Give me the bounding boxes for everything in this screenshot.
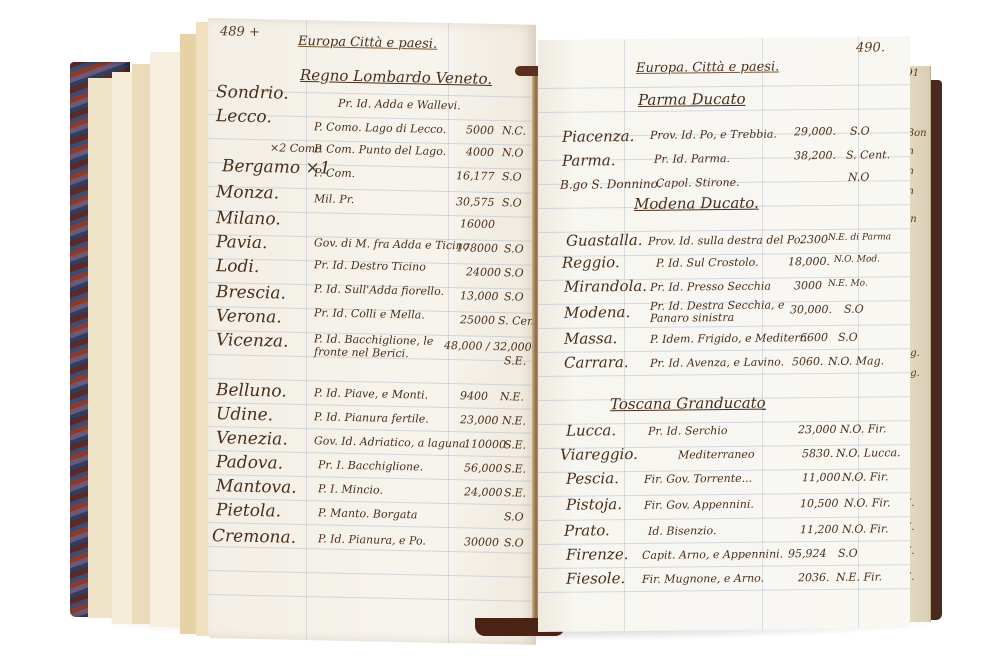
place-name: Udine. <box>216 404 273 425</box>
place-description: Capol. Stirone. <box>656 176 740 190</box>
place-name: Fiesole. <box>566 569 625 588</box>
entry-row: Pescia. Fir. Gov. Torrente... 11,000 N.O… <box>538 36 910 40</box>
direction: N.E. <box>500 390 524 404</box>
population: 30,000. <box>790 303 832 316</box>
entry-row: Fiesole. Fir. Mugnone, e Arno. 2036. N.E… <box>538 36 910 40</box>
population: 9400 <box>460 389 488 403</box>
population: 24000 <box>466 265 501 279</box>
place-name: Pistoja. <box>566 495 622 514</box>
entry-row: Carrara. Pr. Id. Avenza, e Lavino. 5060.… <box>538 36 910 40</box>
entry-row: Pavia. Pr. Id. Destro Ticino 178000 S.O <box>208 18 536 25</box>
place-description: P. Id. Sul Crostolo. <box>656 256 759 270</box>
entry-row: Padova. Pr. I. Bacchiglione. 56,000 S.E. <box>208 18 536 25</box>
place-name: Lecco. <box>216 106 272 127</box>
place-name: Guastalla. <box>566 231 643 250</box>
place-description: Pr. Id. Adda e Wallevi. <box>338 97 461 113</box>
place-name: Mirandola. <box>564 277 647 296</box>
section-title: Toscana Granducato <box>610 394 766 414</box>
place-name: Milano. <box>216 208 281 229</box>
direction: N.C. <box>502 124 526 138</box>
population: 38,200. <box>794 149 836 162</box>
entry-row: Firenze. Capit. Arno, e Appennini. 95,92… <box>538 36 910 40</box>
place-description: P. Id. Piave, e Monti. <box>314 386 428 401</box>
entry-row: Milano. Gov. di M. fra Adda e Ticino 160… <box>208 18 536 25</box>
place-description: Gov. di M. fra Adda e Ticino <box>314 236 469 252</box>
place-description: Pr. Id. Serchio <box>648 424 728 438</box>
population: 23,000 <box>460 413 499 427</box>
place-name: Verona. <box>216 306 282 327</box>
page-number: 489 + <box>220 24 260 40</box>
entry-row: Viareggio. Mediterraneo 5830. N.O. Lucca… <box>538 36 910 40</box>
direction: N.E. di Parma <box>828 232 891 243</box>
direction: S.O <box>504 266 524 279</box>
entry-row: Reggio. P. Id. Sul Crostolo. 18,000. N.O… <box>538 36 910 40</box>
entry-row: Venezia. Gov. Id. Adriatico, a laguna. 1… <box>208 18 536 25</box>
population: 16000 <box>460 217 495 231</box>
population: 5000 <box>466 123 494 137</box>
place-description: Id. Bisenzio. <box>648 524 716 538</box>
population: 16,177 <box>456 169 495 183</box>
direction: S.O <box>502 170 522 183</box>
place-description: P. Id. Bacchiglione, le fronte nel Beric… <box>314 332 454 361</box>
direction: N.O <box>848 171 869 184</box>
population: 2036. <box>798 571 830 584</box>
population: 24,000 <box>464 485 503 499</box>
population: 18,000. <box>788 255 830 268</box>
direction: N.O <box>502 146 523 159</box>
direction: S.O <box>838 547 858 560</box>
left-page: 489 + Europa Città e paesi. Regno Lombar… <box>208 18 536 645</box>
place-name: B.go S. Donnino. <box>560 177 661 192</box>
place-name: Pavia. <box>216 232 267 253</box>
direction: N.O. Lucca. <box>836 446 901 460</box>
place-description: P. Como. Lago di Lecco. <box>314 120 446 136</box>
entry-row: Cremona. P. Id. Pianura, e Po. 30000 S.O <box>208 18 536 25</box>
place-description: P. Com. Punto del Lago. <box>314 142 446 158</box>
direction: N.O. Fir. <box>842 522 888 535</box>
population: 30000 <box>464 535 499 549</box>
section-title: Parma Ducato <box>638 90 746 109</box>
place-description: P. Id. Pianura fertile. <box>314 410 429 425</box>
entry-row: Verona. 25000 S. Cent. <box>208 18 536 25</box>
direction: S.O <box>502 196 522 209</box>
entry-row: B.go S. Donnino. Capol. Stirone. N.O <box>538 36 910 40</box>
page-number: 490. <box>856 40 885 55</box>
entry-row: Bergamo ×1 P. Com. 16,177 S.O <box>208 18 536 25</box>
place-name: Carrara. <box>564 353 629 372</box>
entry-row: ×2 Como P. Com. Punto del Lago. 4000 N.O <box>208 18 536 25</box>
place-description: P. Id. Pianura, e Po. <box>318 532 426 547</box>
entry-row: Lecco. P. Como. Lago di Lecco. 5000 N.C. <box>208 18 536 25</box>
population: 11,000 <box>802 471 841 484</box>
population: 25000 <box>460 313 495 327</box>
place-name: Lodi. <box>216 256 259 277</box>
place-name: Monza. <box>216 182 279 203</box>
place-description: Pr. Id. Presso Secchia <box>650 280 771 294</box>
direction: S.E. <box>504 486 526 499</box>
place-description: Prov. Id. sulla destra del Po. <box>648 233 804 248</box>
place-name: Modena. <box>564 303 630 322</box>
place-description: Mil. Pr. <box>314 192 354 206</box>
place-description: P. Com. <box>314 166 355 180</box>
page-header: Europa Città e paesi. <box>298 34 437 52</box>
direction: N.O. Fir. <box>844 496 890 509</box>
entry-row: Piacenza. Prov. Id. Po, e Trebbia. 29,00… <box>538 36 910 40</box>
direction: S. Cent. <box>846 148 890 161</box>
direction: N.E. Fir. <box>836 570 882 583</box>
population: 56,000 <box>464 461 503 475</box>
place-description: Pr. Id. Destra Secchia, e Panaro sinistr… <box>650 299 800 325</box>
direction: N.E. Mo. <box>828 279 868 289</box>
direction: S.E. <box>504 354 526 367</box>
direction: S.O <box>850 125 870 138</box>
population: 48,000 / 32,000 <box>444 339 532 354</box>
place-description: P. Idem. Frigido, e Mediterr. <box>650 331 807 346</box>
entry-row: Pietola. P. Manto. Borgata S.O <box>208 18 536 25</box>
section-title: Regno Lombardo Veneto. <box>300 66 492 88</box>
entry-row: Belluno. P. Id. Piave, e Monti. 9400 N.E… <box>208 18 536 25</box>
place-description: Fir. Gov. Appennini. <box>644 498 754 512</box>
place-description: Gov. Id. Adriatico, a laguna. <box>314 434 469 450</box>
place-description: P. I. Mincio. <box>318 482 383 496</box>
place-name: Vicenza. <box>216 330 288 352</box>
population: 178000 <box>456 241 498 255</box>
direction: S.E. <box>504 462 526 475</box>
place-name: Prato. <box>564 521 610 539</box>
population: 11,200 <box>800 523 839 536</box>
place-description: Pr. Id. Avenza, e Lavino. <box>650 355 784 369</box>
place-name: Padova. <box>216 452 283 473</box>
entry-row: Monza. Mil. Pr. 30,575 S.O <box>208 18 536 25</box>
entry-row: Mantova. P. I. Mincio. 24,000 S.E. <box>208 18 536 25</box>
place-name: Reggio. <box>562 253 620 272</box>
population: 6600 <box>800 331 828 344</box>
direction: N.E. <box>502 414 526 428</box>
place-name: Pietola. <box>216 500 281 521</box>
place-name: Massa. <box>564 329 617 348</box>
entry-row: Massa. P. Idem. Frigido, e Mediterr. 660… <box>538 36 910 40</box>
place-name: Cremona. <box>212 526 296 548</box>
place-name: Firenze. <box>566 545 628 564</box>
page-header: Europa. Città e paesi. <box>636 59 779 76</box>
entry-row: Lodi. P. Id. Sull'Adda fiorello. 24000 S… <box>208 18 536 25</box>
direction: S.O <box>504 290 524 303</box>
entry-row: Lucca. Pr. Id. Serchio 23,000 N.O. Fir. <box>538 36 910 40</box>
place-description: Prov. Id. Po, e Trebbia. <box>650 127 777 141</box>
entry-row: Parma. Pr. Id. Parma. 38,200. S. Cent. <box>538 36 910 40</box>
place-name: Sondrio. <box>216 82 289 104</box>
section-title: Modena Ducato. <box>634 194 759 213</box>
direction: N.O. Mod. <box>834 254 880 264</box>
place-description: Capit. Arno, e Appennini. <box>642 547 783 561</box>
place-name: Viareggio. <box>560 445 638 464</box>
place-description: P. Manto. Borgata <box>318 506 417 521</box>
direction: N.O. Fir. <box>842 470 888 483</box>
direction: N.O. Fir. <box>840 422 886 435</box>
place-description: Fir. Mugnone, e Arno. <box>642 572 764 586</box>
population: 30,575 <box>456 195 495 209</box>
population: 95,924 <box>788 547 827 560</box>
direction: S.O <box>504 242 524 255</box>
place-description: P. Id. Sull'Adda fiorello. <box>314 282 444 298</box>
population: 29,000. <box>794 125 836 138</box>
right-page: 490. Europa. Città e paesi. Parma Ducato… <box>538 36 910 632</box>
place-name: Mantova. <box>216 476 297 498</box>
place-description: Pr. Id. Destro Ticino <box>314 258 426 273</box>
place-name: Belluno. <box>216 380 287 401</box>
place-name: Parma. <box>562 151 615 170</box>
entry-row: Guastalla. Prov. Id. sulla destra del Po… <box>538 36 910 40</box>
population: 5060. <box>792 355 824 368</box>
population: 110000 <box>464 437 506 451</box>
place-name: Lucca. <box>566 421 616 440</box>
entry-row: Mirandola. Pr. Id. Presso Secchia 3000 N… <box>538 36 910 40</box>
place-description: Mediterraneo <box>678 448 755 462</box>
entry-row: Sondrio. Pr. Id. Adda e Wallevi. <box>208 18 536 25</box>
direction: S.O <box>504 536 524 549</box>
place-name: Piacenza. <box>562 127 634 146</box>
direction: S.E. <box>504 438 526 451</box>
entry-row: Vicenza. P. Id. Bacchiglione, le fronte … <box>208 18 536 25</box>
place-description: Pr. Id. Colli e Mella. <box>314 306 425 321</box>
place-description: Fir. Gov. Torrente... <box>644 472 752 486</box>
population: 23,000 <box>798 423 837 436</box>
direction: S.O <box>838 331 858 344</box>
entry-row: Udine. P. Id. Pianura fertile. 23,000 N.… <box>208 18 536 25</box>
direction: S.O <box>844 303 864 316</box>
population: 5830. <box>802 447 834 460</box>
entry-row: Prato. Id. Bisenzio. 11,200 N.O. Fir. <box>538 36 910 40</box>
place-name: Brescia. <box>216 282 286 303</box>
population: 10,500 <box>800 497 839 510</box>
entry-row: Brescia. Pr. Id. Colli e Mella. 13,000 S… <box>208 18 536 25</box>
population: 4000 <box>466 145 494 159</box>
place-name: Venezia. <box>216 428 288 450</box>
place-name: Pescia. <box>566 469 619 488</box>
direction: N.O. Mag. <box>828 354 884 368</box>
place-description: Pr. I. Bacchiglione. <box>318 458 423 473</box>
place-description: Pr. Id. Parma. <box>654 152 730 166</box>
population: 3000 <box>794 279 822 292</box>
direction: S.O <box>504 510 524 523</box>
population: 13,000 <box>460 289 499 303</box>
entry-row: Pistoja. Fir. Gov. Appennini. 10,500 N.O… <box>538 36 910 40</box>
entry-row: Modena. Pr. Id. Destra Secchia, e Panaro… <box>538 36 910 40</box>
population: 2300 <box>800 233 828 246</box>
